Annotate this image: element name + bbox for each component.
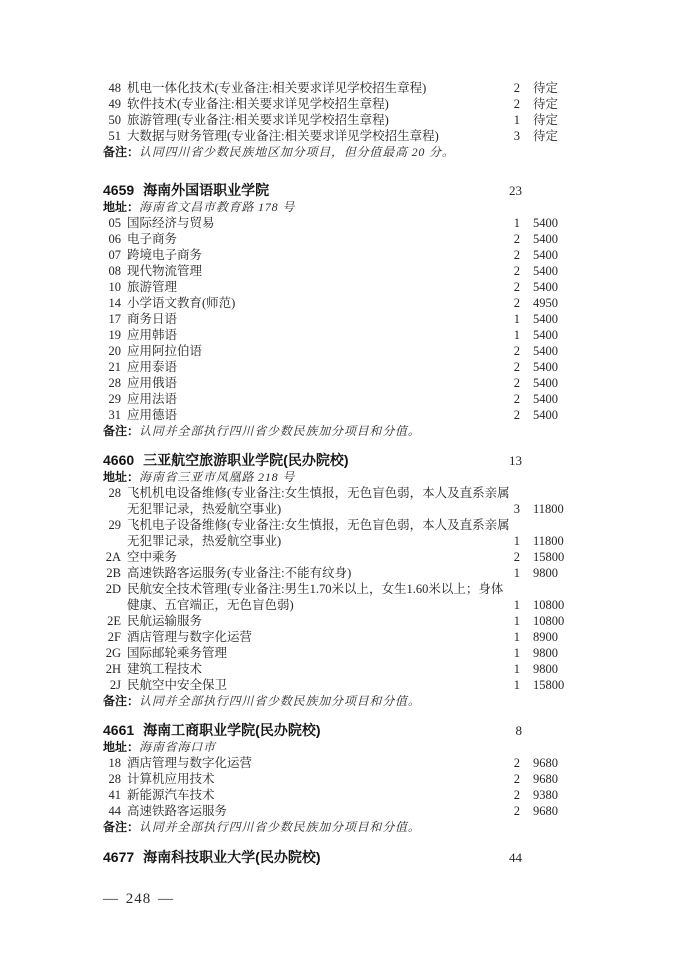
program-row: 44高速铁路客运服务29680 [103, 803, 643, 819]
program-code: 28 [103, 771, 121, 787]
program-row: 2G国际邮轮乘务管理19800 [103, 645, 643, 661]
program-code: 19 [103, 327, 121, 343]
remark-line: 备注：认同并全部执行四川省少数民族加分项目和分值。 [103, 423, 643, 439]
program-name-line: 空中乘务 [127, 549, 177, 565]
program-fee: 9800 [533, 645, 613, 661]
program-name-line: 民航安全技术管理(专业备注:男生1.70米以上，女生1.60米以上；身体 [127, 581, 503, 597]
program-name: 应用泰语 [127, 359, 177, 375]
school-name: 三亚航空旅游职业学院(民办院校) [143, 452, 348, 468]
program-name-line: 小学语文教育(师范) [127, 295, 235, 311]
program-fee: 5400 [533, 407, 613, 423]
program-fee: 5400 [533, 311, 613, 327]
program-name-line: 高速铁路客运服务(专业备注:不能有纹身) [127, 565, 351, 581]
program-name-line: 民航运输服务 [127, 613, 202, 629]
program-fee: 10800 [533, 597, 613, 613]
remark-line: 备注：认同并全部执行四川省少数民族加分项目和分值。 [103, 819, 643, 835]
school-code: 4677 [103, 849, 134, 865]
address-text: 海南省三亚市凤凰路 218 号 [139, 470, 295, 484]
program-fee: 4950 [533, 295, 613, 311]
program-count: 2 [480, 96, 520, 112]
program-row: 17商务日语15400 [103, 311, 643, 327]
program-row: 41新能源汽车技术29380 [103, 787, 643, 803]
remark-text: 认同并全部执行四川省少数民族加分项目和分值。 [139, 820, 421, 834]
program-name: 机电一体化技术(专业备注:相关要求详见学校招生章程) [127, 80, 426, 96]
address-line: 地址：海南省文昌市教育路 178 号 [103, 199, 643, 215]
program-fee: 9380 [533, 787, 613, 803]
school-code: 4660 [103, 452, 134, 468]
program-fee: 待定 [533, 112, 613, 128]
program-name: 跨境电子商务 [127, 247, 202, 263]
program-fee: 5400 [533, 231, 613, 247]
program-row: 2E民航运输服务110800 [103, 613, 643, 629]
program-code: 2F [103, 629, 121, 645]
school-section: 4660三亚航空旅游职业学院(民办院校)13地址：海南省三亚市凤凰路 218 号… [103, 451, 643, 709]
program-count: 1 [480, 661, 520, 677]
remark-text: 认同并全部执行四川省少数民族加分项目和分值。 [139, 694, 421, 708]
program-name: 小学语文教育(师范) [127, 295, 235, 311]
program-name: 高速铁路客运服务(专业备注:不能有纹身) [127, 565, 351, 581]
program-fee: 8900 [533, 629, 613, 645]
program-name-line: 国际邮轮乘务管理 [127, 645, 227, 661]
program-row: 06电子商务25400 [103, 231, 643, 247]
program-name-line: 民航空中安全保卫 [127, 677, 227, 693]
program-code: 2J [103, 677, 121, 693]
program-name: 建筑工程技术 [127, 661, 202, 677]
program-name-line: 无犯罪记录，热爱航空事业) [127, 501, 510, 517]
program-name: 应用韩语 [127, 327, 177, 343]
address-line: 地址：海南省三亚市凤凰路 218 号 [103, 469, 643, 485]
program-fee: 待定 [533, 96, 613, 112]
program-code: 08 [103, 263, 121, 279]
remark-text: 认同四川省少数民族地区加分项目，但分值最高 20 分。 [139, 145, 455, 159]
school-section: 4659海南外国语职业学院23地址：海南省文昌市教育路 178 号05国际经济与… [103, 181, 643, 439]
program-fee: 11800 [533, 501, 613, 517]
program-count: 2 [480, 247, 520, 263]
address-text: 海南省文昌市教育路 178 号 [139, 200, 295, 214]
program-fee: 15800 [533, 677, 613, 693]
program-count: 2 [480, 755, 520, 771]
school-section: 4661海南工商职业学院(民办院校)8地址：海南省海口市18酒店管理与数字化运营… [103, 721, 643, 835]
program-name: 酒店管理与数字化运营 [127, 755, 252, 771]
program-code: 2B [103, 565, 121, 581]
program-code: 2E [103, 613, 121, 629]
program-count: 2 [480, 549, 520, 565]
program-row: 20应用阿拉伯语25400 [103, 343, 643, 359]
program-name-line: 大数据与财务管理(专业备注:相关要求详见学校招生章程) [127, 128, 439, 144]
remark-label: 备注： [103, 820, 139, 834]
program-count: 2 [480, 231, 520, 247]
program-count: 2 [480, 787, 520, 803]
program-name-line: 应用韩语 [127, 327, 177, 343]
program-row: 29应用法语25400 [103, 391, 643, 407]
school-name: 海南科技职业大学(民办院校) [143, 849, 320, 865]
school-code: 4659 [103, 182, 134, 198]
remark-line: 备注：认同四川省少数民族地区加分项目，但分值最高 20 分。 [103, 144, 643, 160]
program-name: 电子商务 [127, 231, 177, 247]
program-name-line: 计算机应用技术 [127, 771, 215, 787]
program-count: 1 [480, 327, 520, 343]
program-fee: 9680 [533, 771, 613, 787]
program-row: 21应用泰语25400 [103, 359, 643, 375]
program-count: 3 [480, 501, 520, 517]
program-name: 民航安全技术管理(专业备注:男生1.70米以上，女生1.60米以上；身体健康、五… [127, 581, 503, 613]
program-name-line: 飞机机电设备维修(专业备注:女生慎报，无色盲色弱，本人及直系亲属 [127, 485, 510, 501]
program-fee: 5400 [533, 391, 613, 407]
program-code: 17 [103, 311, 121, 327]
program-name: 民航运输服务 [127, 613, 202, 629]
program-code: 29 [103, 391, 121, 407]
program-name: 大数据与财务管理(专业备注:相关要求详见学校招生章程) [127, 128, 439, 144]
remark-text: 认同并全部执行四川省少数民族加分项目和分值。 [139, 424, 421, 438]
program-code: 2D [103, 581, 121, 613]
program-count: 1 [480, 597, 520, 613]
school-header: 4661海南工商职业学院(民办院校)8 [103, 721, 643, 739]
program-fee: 5400 [533, 359, 613, 375]
program-code: 05 [103, 215, 121, 231]
program-fee: 5400 [533, 263, 613, 279]
program-fee: 5400 [533, 375, 613, 391]
program-code: 31 [103, 407, 121, 423]
program-fee: 11800 [533, 533, 613, 549]
program-name-line: 现代物流管理 [127, 263, 202, 279]
program-name: 应用德语 [127, 407, 177, 423]
program-code: 41 [103, 787, 121, 803]
program-row: 08现代物流管理25400 [103, 263, 643, 279]
program-count: 2 [480, 771, 520, 787]
program-row: 2J民航空中安全保卫115800 [103, 677, 643, 693]
program-name-line: 软件技术(专业备注:相关要求详见学校招生章程) [127, 96, 389, 112]
school-name: 海南外国语职业学院 [143, 182, 269, 198]
program-fee: 待定 [533, 80, 613, 96]
program-fee: 5400 [533, 279, 613, 295]
program-row: 2D民航安全技术管理(专业备注:男生1.70米以上，女生1.60米以上；身体健康… [103, 581, 643, 613]
program-fee: 5400 [533, 247, 613, 263]
document-body: 48机电一体化技术(专业备注:相关要求详见学校招生章程)2待定49软件技术(专业… [103, 80, 643, 866]
document-page: 48机电一体化技术(专业备注:相关要求详见学校招生章程)2待定49软件技术(专业… [0, 0, 680, 961]
program-name: 旅游管理(专业备注:相关要求详见学校招生章程) [127, 112, 389, 128]
program-name: 飞机电子设备维修(专业备注:女生慎报，无色盲色弱，本人及直系亲属无犯罪记录，热爱… [127, 517, 510, 549]
program-name: 酒店管理与数字化运营 [127, 629, 252, 645]
program-name-line: 建筑工程技术 [127, 661, 202, 677]
program-name-line: 应用德语 [127, 407, 177, 423]
program-count: 1 [480, 311, 520, 327]
program-count: 1 [480, 112, 520, 128]
program-name-line: 商务日语 [127, 311, 177, 327]
program-name: 软件技术(专业备注:相关要求详见学校招生章程) [127, 96, 389, 112]
program-name: 国际经济与贸易 [127, 215, 215, 231]
program-code: 2H [103, 661, 121, 677]
program-row: 51大数据与财务管理(专业备注:相关要求详见学校招生章程)3待定 [103, 128, 643, 144]
program-row: 48机电一体化技术(专业备注:相关要求详见学校招生章程)2待定 [103, 80, 643, 96]
school-quota: 23 [480, 182, 522, 200]
page-number: — 248 — [103, 891, 174, 908]
program-row: 18酒店管理与数字化运营29680 [103, 755, 643, 771]
program-name: 应用法语 [127, 391, 177, 407]
program-fee: 9680 [533, 803, 613, 819]
program-fee: 5400 [533, 215, 613, 231]
program-code: 07 [103, 247, 121, 263]
program-fee: 10800 [533, 613, 613, 629]
program-name: 应用阿拉伯语 [127, 343, 202, 359]
program-count: 1 [480, 629, 520, 645]
remark-label: 备注： [103, 694, 139, 708]
program-count: 1 [480, 613, 520, 629]
program-fee: 9800 [533, 661, 613, 677]
address-text: 海南省海口市 [139, 740, 216, 754]
address-label: 地址： [103, 740, 139, 754]
school-header: 4677海南科技职业大学(民办院校)44 [103, 848, 643, 866]
program-name: 新能源汽车技术 [127, 787, 215, 803]
program-name: 空中乘务 [127, 549, 177, 565]
program-row: 2A空中乘务215800 [103, 549, 643, 565]
program-name-line: 跨境电子商务 [127, 247, 202, 263]
program-count: 1 [480, 645, 520, 661]
program-row: 05国际经济与贸易15400 [103, 215, 643, 231]
program-fee: 5400 [533, 343, 613, 359]
program-code: 51 [103, 128, 121, 144]
program-name: 商务日语 [127, 311, 177, 327]
school-quota: 44 [480, 849, 522, 867]
school-code: 4661 [103, 722, 134, 738]
school-name: 海南工商职业学院(民办院校) [143, 722, 320, 738]
program-code: 2A [103, 549, 121, 565]
program-count: 2 [480, 279, 520, 295]
program-fee: 9800 [533, 565, 613, 581]
program-row: 2H建筑工程技术19800 [103, 661, 643, 677]
program-name-line: 酒店管理与数字化运营 [127, 629, 252, 645]
address-line: 地址：海南省海口市 [103, 739, 643, 755]
school-section: 48机电一体化技术(专业备注:相关要求详见学校招生章程)2待定49软件技术(专业… [103, 80, 643, 160]
program-count: 1 [480, 565, 520, 581]
program-name-line: 旅游管理 [127, 279, 177, 295]
program-row: 31应用德语25400 [103, 407, 643, 423]
program-name: 现代物流管理 [127, 263, 202, 279]
program-name-line: 旅游管理(专业备注:相关要求详见学校招生章程) [127, 112, 389, 128]
program-code: 28 [103, 485, 121, 517]
program-name-line: 新能源汽车技术 [127, 787, 215, 803]
program-row: 07跨境电子商务25400 [103, 247, 643, 263]
program-code: 48 [103, 80, 121, 96]
program-row: 28计算机应用技术29680 [103, 771, 643, 787]
program-name: 飞机机电设备维修(专业备注:女生慎报，无色盲色弱，本人及直系亲属无犯罪记录，热爱… [127, 485, 510, 517]
program-name-line: 应用阿拉伯语 [127, 343, 202, 359]
program-row: 49软件技术(专业备注:相关要求详见学校招生章程)2待定 [103, 96, 643, 112]
program-code: 18 [103, 755, 121, 771]
program-row: 28飞机机电设备维修(专业备注:女生慎报，无色盲色弱，本人及直系亲属无犯罪记录，… [103, 485, 643, 517]
program-name-line: 应用俄语 [127, 375, 177, 391]
program-row: 10旅游管理25400 [103, 279, 643, 295]
program-count: 2 [480, 295, 520, 311]
program-code: 20 [103, 343, 121, 359]
school-header: 4660三亚航空旅游职业学院(民办院校)13 [103, 451, 643, 469]
program-count: 2 [480, 803, 520, 819]
program-count: 3 [480, 128, 520, 144]
program-code: 28 [103, 375, 121, 391]
program-count: 2 [480, 80, 520, 96]
address-label: 地址： [103, 200, 139, 214]
program-row: 2B高速铁路客运服务(专业备注:不能有纹身)19800 [103, 565, 643, 581]
program-name-line: 健康、五官端正，无色盲色弱) [127, 597, 503, 613]
program-name-line: 机电一体化技术(专业备注:相关要求详见学校招生章程) [127, 80, 426, 96]
program-name-line: 电子商务 [127, 231, 177, 247]
program-count: 2 [480, 343, 520, 359]
remark-line: 备注：认同并全部执行四川省少数民族加分项目和分值。 [103, 693, 643, 709]
remark-label: 备注： [103, 145, 139, 159]
program-name-line: 无犯罪记录，热爱航空事业) [127, 533, 510, 549]
program-count: 1 [480, 533, 520, 549]
program-name: 国际邮轮乘务管理 [127, 645, 227, 661]
program-count: 2 [480, 407, 520, 423]
program-row: 28应用俄语25400 [103, 375, 643, 391]
program-code: 14 [103, 295, 121, 311]
program-name: 旅游管理 [127, 279, 177, 295]
program-name: 高速铁路客运服务 [127, 803, 227, 819]
program-row: 19应用韩语15400 [103, 327, 643, 343]
school-quota: 13 [480, 452, 522, 470]
program-code: 06 [103, 231, 121, 247]
program-code: 21 [103, 359, 121, 375]
program-name-line: 飞机电子设备维修(专业备注:女生慎报，无色盲色弱，本人及直系亲属 [127, 517, 510, 533]
program-row: 2F酒店管理与数字化运营18900 [103, 629, 643, 645]
program-name: 民航空中安全保卫 [127, 677, 227, 693]
school-section: 4677海南科技职业大学(民办院校)44 [103, 848, 643, 866]
program-name-line: 应用法语 [127, 391, 177, 407]
school-header: 4659海南外国语职业学院23 [103, 181, 643, 199]
program-count: 2 [480, 263, 520, 279]
program-name-line: 酒店管理与数字化运营 [127, 755, 252, 771]
program-count: 2 [480, 359, 520, 375]
program-code: 29 [103, 517, 121, 549]
program-fee: 15800 [533, 549, 613, 565]
program-code: 50 [103, 112, 121, 128]
program-count: 1 [480, 677, 520, 693]
program-count: 2 [480, 375, 520, 391]
address-label: 地址： [103, 470, 139, 484]
remark-label: 备注： [103, 424, 139, 438]
program-code: 10 [103, 279, 121, 295]
program-fee: 5400 [533, 327, 613, 343]
program-code: 2G [103, 645, 121, 661]
program-count: 1 [480, 215, 520, 231]
program-name: 应用俄语 [127, 375, 177, 391]
program-code: 44 [103, 803, 121, 819]
school-quota: 8 [480, 722, 522, 740]
program-count: 2 [480, 391, 520, 407]
program-code: 49 [103, 96, 121, 112]
program-row: 50旅游管理(专业备注:相关要求详见学校招生章程)1待定 [103, 112, 643, 128]
program-fee: 9680 [533, 755, 613, 771]
program-name-line: 国际经济与贸易 [127, 215, 215, 231]
program-row: 14小学语文教育(师范)24950 [103, 295, 643, 311]
program-name-line: 应用泰语 [127, 359, 177, 375]
program-name: 计算机应用技术 [127, 771, 215, 787]
program-row: 29飞机电子设备维修(专业备注:女生慎报，无色盲色弱，本人及直系亲属无犯罪记录，… [103, 517, 643, 549]
program-name-line: 高速铁路客运服务 [127, 803, 227, 819]
program-fee: 待定 [533, 128, 613, 144]
